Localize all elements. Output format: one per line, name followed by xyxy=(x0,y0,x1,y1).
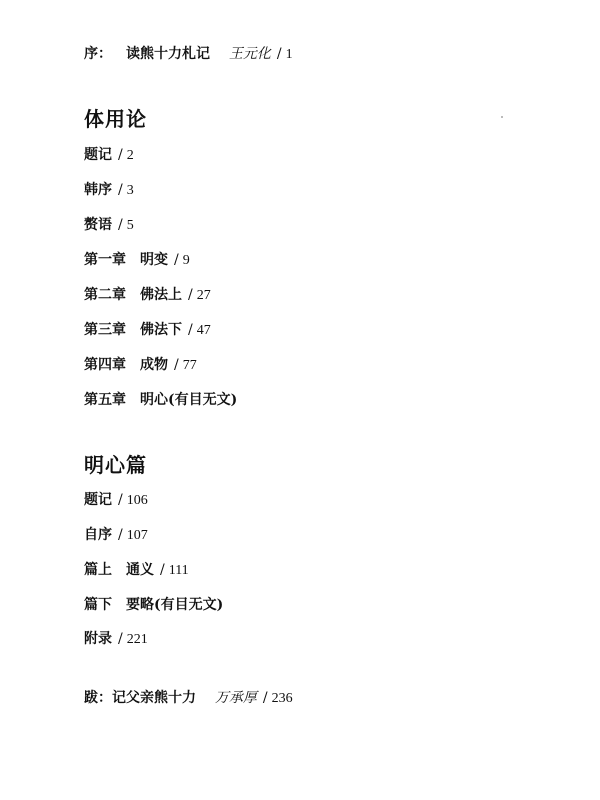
entry-page-number: 5 xyxy=(127,218,134,233)
entry-page-number: 27 xyxy=(197,288,211,303)
entry-label: 赘语 xyxy=(84,217,112,233)
entry-title: 佛法下 xyxy=(140,322,182,338)
separator: / xyxy=(188,287,193,303)
toc-entry-chapter-1[interactable]: 第一章明变/9 xyxy=(84,251,190,270)
postscript-label: 跋： xyxy=(84,690,112,706)
entry-label: 第三章 xyxy=(84,322,126,338)
entry-label: 篇上 xyxy=(84,562,112,578)
toc-entry-chapter-5[interactable]: 第五章明心(有目无文) xyxy=(84,391,237,409)
separator: / xyxy=(118,527,123,543)
entry-page-number: 111 xyxy=(169,563,189,578)
preface-page-number: 1 xyxy=(286,47,293,62)
toc-entry[interactable]: 韩序/3 xyxy=(84,181,134,200)
toc-postscript-entry[interactable]: 跋：记父亲熊十力 万承厚/236 xyxy=(84,689,293,708)
preface-label: 序： xyxy=(84,46,112,62)
preface-author: 王元化 xyxy=(229,46,271,62)
separator: / xyxy=(118,182,123,198)
toc-entry[interactable]: 题记/2 xyxy=(84,146,134,165)
entry-title: 要略(有目无文) xyxy=(126,597,223,613)
separator: / xyxy=(174,357,179,373)
toc-entry[interactable]: 附录/221 xyxy=(84,630,148,649)
entry-label: 第一章 xyxy=(84,252,126,268)
entry-label: 篇下 xyxy=(84,597,112,613)
toc-preface-entry[interactable]: 序：读熊十力札记 王元化/1 xyxy=(84,45,293,64)
entry-page-number: 9 xyxy=(183,253,190,268)
section-title-tiyonglun: 体用论 xyxy=(84,107,147,131)
separator: / xyxy=(118,631,123,647)
toc-entry[interactable]: 篇下要略(有目无文) xyxy=(84,596,223,614)
entry-label: 自序 xyxy=(84,527,112,543)
entry-label: 附录 xyxy=(84,631,112,647)
postscript-title: 记父亲熊十力 xyxy=(112,690,196,706)
separator: / xyxy=(118,147,123,163)
entry-title: 佛法上 xyxy=(140,287,182,303)
preface-title: 读熊十力札记 xyxy=(126,46,210,62)
toc-entry-chapter-4[interactable]: 第四章成物/77 xyxy=(84,356,197,375)
toc-entry[interactable]: 自序/107 xyxy=(84,526,148,545)
scan-speck xyxy=(501,116,503,118)
entry-label: 第二章 xyxy=(84,287,126,303)
separator: / xyxy=(160,562,165,578)
entry-label: 第四章 xyxy=(84,357,126,373)
entry-label: 题记 xyxy=(84,492,112,508)
entry-label: 第五章 xyxy=(84,392,126,408)
entry-page-number: 77 xyxy=(183,358,197,373)
entry-title: 明变 xyxy=(140,252,168,268)
separator: / xyxy=(174,252,179,268)
separator: / xyxy=(188,322,193,338)
toc-entry-chapter-2[interactable]: 第二章佛法上/27 xyxy=(84,286,211,305)
postscript-author: 万承厚 xyxy=(215,690,257,706)
entry-title: 成物 xyxy=(140,357,168,373)
separator: / xyxy=(277,46,282,62)
entry-label: 韩序 xyxy=(84,182,112,198)
entry-page-number: 47 xyxy=(197,323,211,338)
entry-label: 题记 xyxy=(84,147,112,163)
postscript-page-number: 236 xyxy=(272,691,293,706)
entry-title: 通义 xyxy=(126,562,154,578)
entry-page-number: 2 xyxy=(127,148,134,163)
entry-page-number: 107 xyxy=(127,528,148,543)
toc-entry[interactable]: 篇上通义/111 xyxy=(84,561,189,580)
toc-entry[interactable]: 赘语/5 xyxy=(84,216,134,235)
entry-page-number: 221 xyxy=(127,632,148,647)
entry-page-number: 106 xyxy=(127,493,148,508)
section-title-mingxinpian: 明心篇 xyxy=(84,453,147,477)
table-of-contents-page: 序：读熊十力札记 王元化/1 体用论 题记/2 韩序/3 赘语/5 第一章明变/… xyxy=(0,0,600,800)
entry-page-number: 3 xyxy=(127,183,134,198)
separator: / xyxy=(263,690,268,706)
separator: / xyxy=(118,492,123,508)
toc-entry-chapter-3[interactable]: 第三章佛法下/47 xyxy=(84,321,211,340)
entry-title: 明心(有目无文) xyxy=(140,392,237,408)
toc-entry[interactable]: 题记/106 xyxy=(84,491,148,510)
separator: / xyxy=(118,217,123,233)
